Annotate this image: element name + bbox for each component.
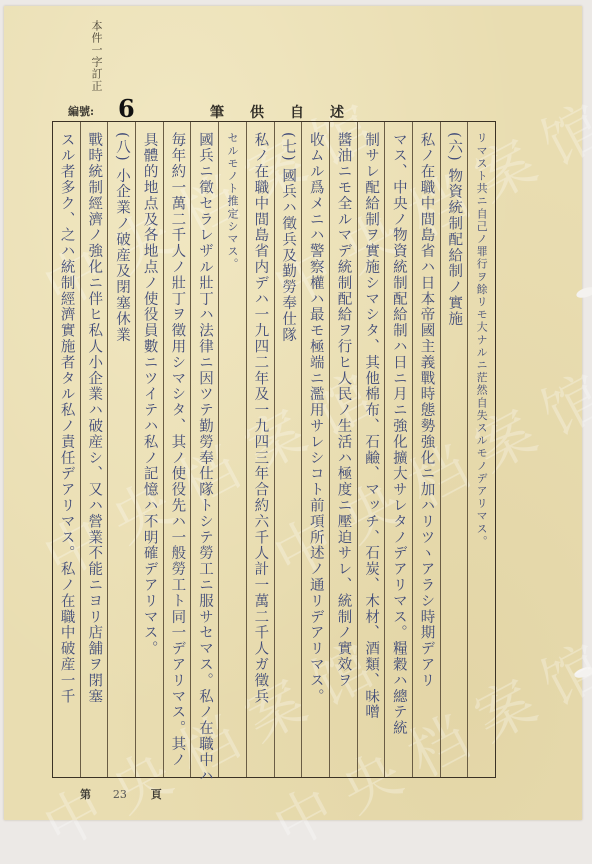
column-text: 戰時統制經濟ノ強化ニ伴ヒ私人小企業ハ破産シ、又ハ營業不能ニヨリ店舖ヲ閉塞 [87,132,102,777]
form-title: 筆供自述 [210,102,370,122]
manuscript-column: 毎年約一萬二千人ノ壯丁ヲ徵用シマシタ、其ノ使役先ハ一般勞工ト同一デアリマス。其ノ [163,122,191,777]
manuscript-column: (八) 小企業ノ破産及閉塞休業 [107,122,135,777]
footer-prefix: 第 [80,786,91,802]
manuscript-column: 私ノ在職中間島省ハ日本帝國主義戰時態勢強化ニ加ハリツヽアラシ時期デアリ [412,122,440,777]
manuscript-column: 收ムル爲メニハ警察權ハ最モ極端ニ濫用サレシコト前項所述ノ通リデアリマス。 [301,122,329,777]
column-text: 國兵ニ徵セラレザル壯丁ハ法律ニ因ツテ勤勞奉仕隊トシテ勞工ニ服サセマス。私ノ在職中… [198,132,213,777]
manuscript-column: (六) 物資統制配給制ノ實施 [440,122,468,777]
footer-suffix: 頁 [151,786,162,802]
column-text: 制サレ配給制ヲ實施シマシタ、其他棉布、石鹼、マッチ、石炭、木材、酒類、味噌 [364,132,379,777]
punch-hole [575,285,592,300]
manuscript-column: 國兵ニ徵セラレザル壯丁ハ法律ニ因ツテ勤勞奉仕隊トシテ勞工ニ服サセマス。私ノ在職中… [190,122,218,777]
manuscript-column: 具體的地点及各地点ノ使役員數ニツイテハ私ノ記憶ハ不明確デアリマス。 [135,122,163,777]
section-heading: (七) 國兵ハ徵兵及勤勞奉仕隊 [281,132,296,777]
manuscript-column: セルモノト推定シマス。 [218,122,246,777]
column-text: スル者多ク、之ハ統制經濟實施者タル私ノ責任デアリマス。私ノ在職中破産一千 [59,132,74,777]
document-page: 中央档案馆 中央档案馆 中央档案馆 中央档案馆 中央档案馆 中央档案馆 本件一字… [4,6,582,820]
column-text: マス、中央ノ物資統制配給制ハ日ニ月ニ強化擴大サレタノデアリマス。糧穀ハ總テ統 [391,132,406,777]
manuscript-grid: リマスト共ニ自己ノ罪行ヲ餘リモ大ナルニ茫然自失スルモノデアリマス。(六) 物資統… [52,121,496,778]
manuscript-column: スル者多ク、之ハ統制經濟實施者タル私ノ責任デアリマス。私ノ在職中破産一千 [53,122,80,777]
column-text: リマスト共ニ自己ノ罪行ヲ餘リモ大ナルニ茫然自失スルモノデアリマス。 [476,132,487,777]
serial-number: 6 [118,94,135,123]
page-footer: 第 23 頁 [80,786,162,802]
page-number: 23 [113,788,127,801]
section-heading: (八) 小企業ノ破産及閉塞休業 [114,132,129,777]
manuscript-column: 戰時統制經濟ノ強化ニ伴ヒ私人小企業ハ破産シ、又ハ營業不能ニヨリ店舖ヲ閉塞 [80,122,108,777]
column-text: 收ムル爲メニハ警察權ハ最モ極端ニ濫用サレシコト前項所述ノ通リデアリマス。 [308,132,323,777]
manuscript-column: 私ノ在職中間島省内デハ一九四二年及一九四三年合約六千人計一萬二千人ガ徵兵 [246,122,274,777]
column-text: 醬油ニモ全ルマデ統制配給ヲ行ヒ人民ノ生活ハ極度ニ壓迫サレ、統制ノ實效ヲ [336,132,351,777]
manuscript-column: 醬油ニモ全ルマデ統制配給ヲ行ヒ人民ノ生活ハ極度ニ壓迫サレ、統制ノ實效ヲ [329,122,357,777]
punch-hole [573,665,592,680]
manuscript-column: 制サレ配給制ヲ實施シマシタ、其他棉布、石鹼、マッチ、石炭、木材、酒類、味噌 [357,122,385,777]
manuscript-column: マス、中央ノ物資統制配給制ハ日ニ月ニ強化擴大サレタノデアリマス。糧穀ハ總テ統 [384,122,412,777]
manuscript-column: (七) 國兵ハ徵兵及勤勞奉仕隊 [274,122,302,777]
column-text: 具體的地点及各地点ノ使役員數ニツイテハ私ノ記憶ハ不明確デアリマス。 [142,132,157,777]
column-text: 私ノ在職中間島省ハ日本帝國主義戰時態勢強化ニ加ハリツヽアラシ時期デアリ [419,132,434,777]
column-text: セルモノト推定シマス。 [227,132,238,777]
section-heading: (六) 物資統制配給制ノ實施 [447,132,462,777]
serial-label: 編號: [68,103,94,119]
column-text: 私ノ在職中間島省内デハ一九四二年及一九四三年合約六千人計一萬二千人ガ徵兵 [253,132,268,777]
margin-annotation: 本件一字訂正 [90,20,104,92]
column-text: 毎年約一萬二千人ノ壯丁ヲ徵用シマシタ、其ノ使役先ハ一般勞工ト同一デアリマス。其ノ [170,132,185,777]
manuscript-column: リマスト共ニ自己ノ罪行ヲ餘リモ大ナルニ茫然自失スルモノデアリマス。 [467,122,495,777]
